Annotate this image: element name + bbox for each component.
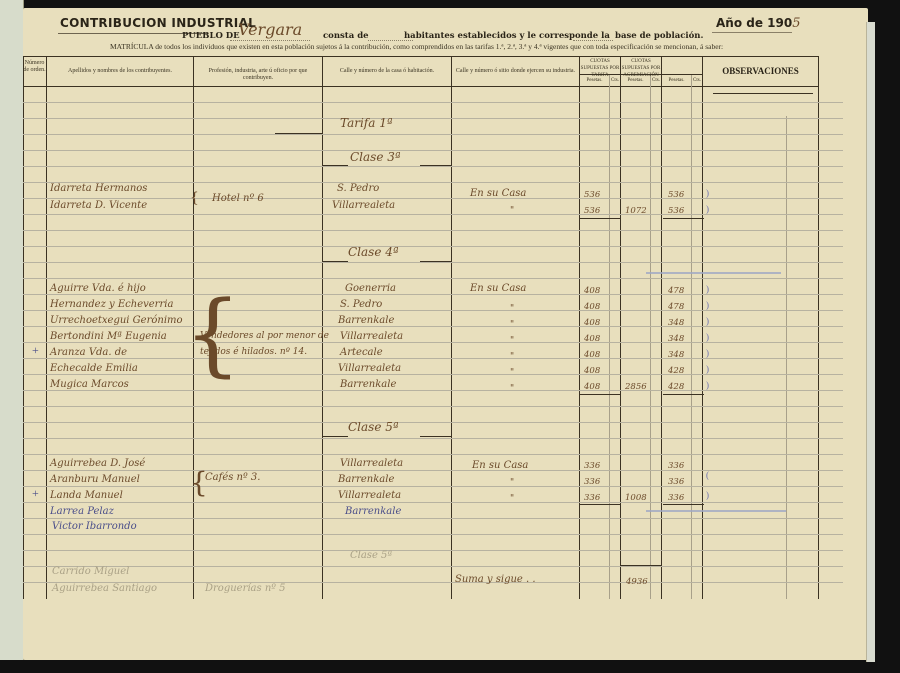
- obs-underline: [713, 93, 813, 94]
- cuota-final: 336: [668, 461, 684, 471]
- pueblo-value: Vergara: [238, 20, 302, 39]
- street-address: Villarrealeta: [332, 200, 395, 211]
- col-numero: Número de orden.: [23, 60, 46, 74]
- taxpayer-name: Landa Manuel: [50, 490, 123, 501]
- agremiacion-total: 2856: [625, 382, 647, 392]
- year-printed: Año de 190: [716, 16, 792, 30]
- total-rule: [620, 565, 662, 566]
- check-tick: ): [706, 300, 709, 310]
- industry-location: En su Casa: [470, 283, 526, 294]
- clase-heading: Clase 5ª: [348, 420, 399, 434]
- check-tick: ): [706, 364, 709, 374]
- consta-label: consta de: [323, 31, 369, 41]
- clase-heading: Clase 5ª: [350, 550, 392, 561]
- col-cts: Cts.: [651, 77, 661, 84]
- taxpayer-name: Hernandez y Echeverria: [50, 299, 173, 310]
- clase-rule: [323, 165, 348, 166]
- ditto-mark: ": [510, 352, 514, 362]
- street-address: Villarrealeta: [338, 490, 401, 501]
- cuota-tarifa: 408: [584, 302, 600, 312]
- street-address: Barrenkale: [338, 315, 394, 326]
- check-tick: ): [706, 332, 709, 342]
- cuota-tarifa: 408: [584, 318, 600, 328]
- ditto-mark: ": [510, 320, 514, 330]
- pueblo-blank: [230, 40, 310, 41]
- check-tick: ): [706, 188, 709, 198]
- street-address: S. Pedro: [340, 299, 382, 310]
- street-address: Barrenkale: [340, 379, 396, 390]
- taxpayer-name: Aranburu Manuel: [50, 474, 140, 485]
- ditto-mark: ": [510, 368, 514, 378]
- taxpayer-name: Idarreta D. Vicente: [50, 200, 147, 211]
- taxpayer-name: Aguirrebea D. José: [50, 458, 145, 469]
- cuota-tarifa: 408: [584, 334, 600, 344]
- taxpayer-name: Aguirre Vda. é hijo: [50, 283, 146, 294]
- taxpayer-name: Mugica Marcos: [50, 379, 129, 390]
- agremiacion-total: 1072: [625, 206, 647, 216]
- agremiacion-total: 1008: [625, 493, 647, 503]
- ditto-mark: ": [510, 304, 514, 314]
- subtotal-rule: [663, 504, 704, 505]
- col-cuotas-agremiacion: CUOTAS SUPUESTAS POR AGREMIACIÓN: [621, 58, 661, 79]
- blue-pencil-line: [646, 510, 786, 512]
- suma-total: 4936: [626, 577, 648, 587]
- base-blank: [573, 40, 613, 41]
- cuota-final: 336: [668, 477, 684, 487]
- ditto-mark: ": [510, 384, 514, 394]
- subtotal-rule: [663, 394, 704, 395]
- clase-heading: Clase 4ª: [348, 245, 399, 259]
- taxpayer-name: Carrido Miguel: [52, 566, 129, 577]
- check-tick: (: [706, 470, 709, 480]
- check-tick: ): [706, 490, 709, 500]
- cuota-tarifa: 536: [584, 190, 600, 200]
- cross-mark: +: [32, 486, 39, 501]
- taxpayer-name: Aguirrebea Santiago: [52, 583, 157, 594]
- cuota-tarifa: 408: [584, 350, 600, 360]
- check-tick: ): [706, 284, 709, 294]
- col-cts: Cts.: [610, 77, 620, 84]
- col-apellidos: Apellidos y nombres de los contribuyente…: [47, 68, 193, 75]
- profession: Droguerías nº 5: [205, 583, 286, 594]
- cuota-tarifa: 408: [584, 286, 600, 296]
- industry-location: En su Casa: [472, 460, 528, 471]
- blue-pencil-line: [646, 272, 781, 274]
- year-label: Año de 1905: [716, 16, 801, 31]
- cuota-final: 348: [668, 318, 684, 328]
- register-table: Número de orden. Apellidos y nombres de …: [23, 56, 819, 599]
- page-edge: [866, 22, 875, 662]
- col-profesion: Profesión, industria, arte ú oficio por …: [194, 68, 322, 82]
- tarifa-rule: [275, 133, 322, 134]
- document-title: CONTRIBUCION INDUSTRIAL: [60, 16, 256, 30]
- col-pesetas: Pesetas.: [662, 77, 691, 84]
- profession: Vendedores al por menor de tejidos é hil…: [200, 328, 330, 360]
- cuota-tarifa: 336: [584, 461, 600, 471]
- col-cuotas-tarifa: CUOTAS SUPUESTAS POR TARIFA: [580, 58, 620, 79]
- check-tick: ): [706, 316, 709, 326]
- taxpayer-name: Aranza Vda. de: [50, 347, 127, 358]
- taxpayer-name: Echecalde Emilia: [50, 363, 138, 374]
- subtotal-rule: [580, 218, 621, 219]
- binding-strip: [0, 0, 24, 660]
- clase-rule: [420, 436, 452, 437]
- col-pesetas: Pesetas.: [580, 77, 609, 84]
- subtotal-rule: [580, 504, 621, 505]
- subtotal-rule: [663, 218, 704, 219]
- clase-rule: [323, 261, 348, 262]
- industry-location: En su Casa: [470, 188, 526, 199]
- street-address: Villarrealeta: [340, 458, 403, 469]
- street-address: Barrenkale: [345, 506, 401, 517]
- col-calle-habitacion: Calle y número de la casa ó habitación.: [323, 68, 451, 75]
- base-label: base de población.: [615, 31, 703, 41]
- taxpayer-name: Urrechoetxegui Gerónimo: [50, 315, 183, 326]
- subtotal-rule: [580, 394, 621, 395]
- col-cts: Cts.: [692, 77, 702, 84]
- profession: Cafés nº 3.: [205, 472, 260, 483]
- check-tick: ): [706, 204, 709, 214]
- suma-label: Suma y sigue . .: [455, 574, 536, 585]
- ditto-mark: ": [510, 336, 514, 346]
- brace: {: [190, 190, 199, 206]
- street-address: S. Pedro: [337, 183, 379, 194]
- cts-divider: [650, 74, 651, 599]
- cuota-final: 348: [668, 334, 684, 344]
- tarifa-heading: Tarifa 1ª: [340, 116, 393, 130]
- cuota-final: 348: [668, 350, 684, 360]
- taxpayer-name: Victor Ibarrondo: [52, 521, 137, 532]
- ditto-mark: ": [510, 478, 514, 488]
- table-top-rule: [23, 56, 819, 57]
- taxpayer-name: Bertondini Mª Eugenia: [50, 331, 167, 342]
- taxpayer-name: Larrea Pelaz: [50, 506, 114, 517]
- cuota-final: 428: [668, 366, 684, 376]
- matricula-text: MATRÍCULA de todos los individuos que ex…: [110, 42, 723, 51]
- street-address: Villarrealeta: [338, 363, 401, 374]
- clase-heading: Clase 3ª: [350, 150, 401, 164]
- street-address: Villarrealeta: [340, 331, 403, 342]
- profession: Hotel nº 6: [212, 193, 264, 204]
- cuota-final: 478: [668, 286, 684, 296]
- cuota-final: 536: [668, 190, 684, 200]
- cuota-tarifa: 536: [584, 206, 600, 216]
- street-address: Artecale: [340, 347, 383, 358]
- clase-rule: [420, 261, 452, 262]
- ditto-mark: ": [510, 494, 514, 504]
- street-address: Goenerria: [345, 283, 396, 294]
- cuota-tarifa: 336: [584, 493, 600, 503]
- header-bottom-rule: [23, 86, 819, 87]
- check-tick: ): [706, 348, 709, 358]
- year-handwritten: 5: [792, 16, 800, 31]
- ditto-mark: ": [510, 206, 514, 216]
- cuota-final: 336: [668, 493, 684, 503]
- cuota-tarifa: 336: [584, 477, 600, 487]
- taxpayer-name: Idarreta Hermanos: [50, 183, 147, 194]
- col-calle-industria: Calle y número ó sitio donde ejercen su …: [452, 68, 579, 75]
- col-observaciones: OBSERVACIONES: [703, 66, 818, 76]
- col-pesetas: Pesetas.: [621, 77, 650, 84]
- clase-rule: [420, 165, 452, 166]
- cross-mark: +: [32, 343, 39, 358]
- cuota-final: 478: [668, 302, 684, 312]
- cts-divider: [609, 74, 610, 599]
- check-tick: ): [706, 380, 709, 390]
- cts-divider: [691, 74, 692, 599]
- clase-rule: [323, 436, 348, 437]
- cuota-final: 428: [668, 382, 684, 392]
- year-underline: [712, 32, 792, 33]
- street-address: Barrenkale: [338, 474, 394, 485]
- cuota-final: 536: [668, 206, 684, 216]
- cuota-tarifa: 408: [584, 382, 600, 392]
- cuota-tarifa: 408: [584, 366, 600, 376]
